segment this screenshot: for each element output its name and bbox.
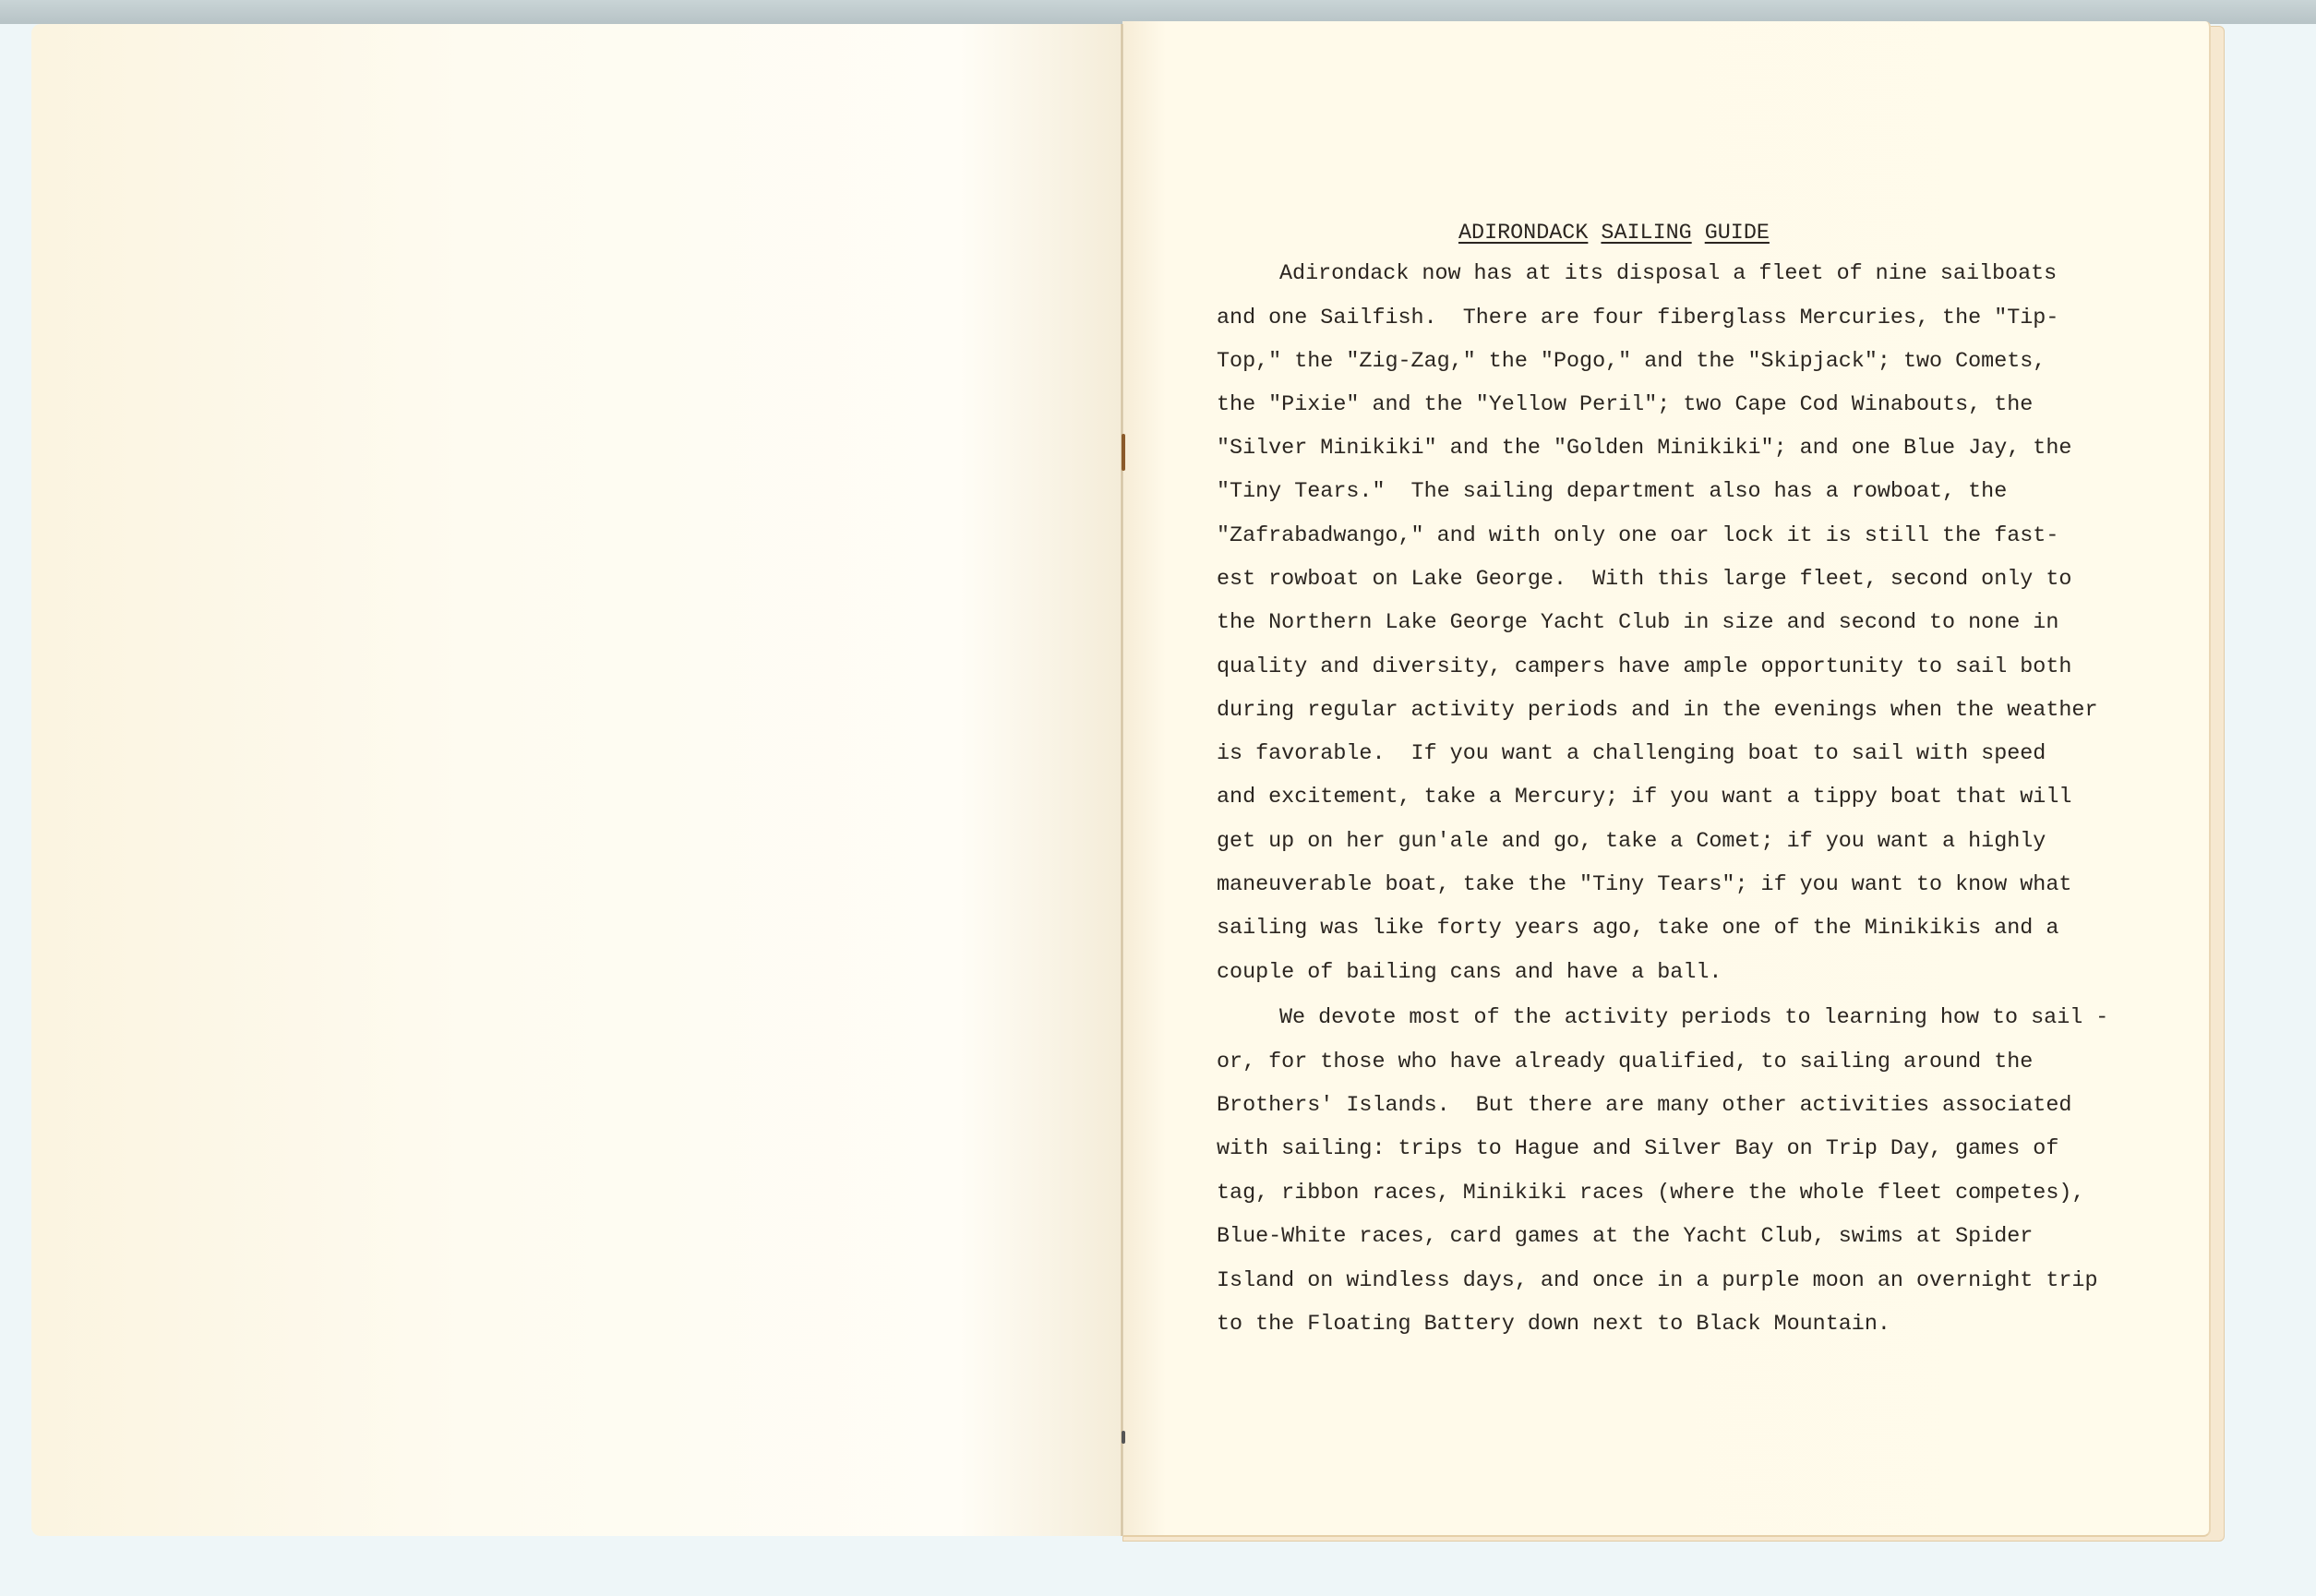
title-word: ADIRONDACK [1458, 222, 1588, 246]
text-line: "Silver Minikiki" and the "Golden Miniki… [1217, 438, 2071, 460]
text-line: "Zafrabadwango," and with only one oar l… [1217, 526, 2058, 547]
title-word: SAILING [1601, 222, 1691, 246]
text-line: We devote most of the activity periods t… [1279, 1008, 2108, 1029]
text-line: "Tiny Tears." The sailing department als… [1217, 482, 2007, 503]
text-line: quality and diversity, campers have ampl… [1217, 657, 2071, 678]
text-line: with sailing: trips to Hague and Silver … [1217, 1139, 2058, 1160]
text-line: Island on windless days, and once in a p… [1217, 1271, 2098, 1292]
book-spine [1121, 24, 1123, 1536]
text-line: Adirondack now has at its disposal a fle… [1279, 264, 2057, 285]
staple-mark [1122, 434, 1125, 471]
text-line: Blue-White races, card games at the Yach… [1217, 1227, 2033, 1248]
text-line: or, for those who have already qualified… [1217, 1052, 2033, 1074]
text-line: tag, ribbon races, Minikiki races (where… [1217, 1183, 2084, 1205]
text-line: to the Floating Battery down next to Bla… [1217, 1314, 1890, 1336]
text-line: and one Sailfish. There are four fibergl… [1217, 308, 2058, 330]
text-line: and excitement, take a Mercury; if you w… [1217, 787, 2071, 809]
text-line: Top," the "Zig-Zag," the "Pogo," and the… [1217, 352, 2046, 373]
text-line: get up on her gun'ale and go, take a Com… [1217, 832, 2046, 853]
right-page [1122, 21, 2211, 1537]
text-line: Brothers' Islands. But there are many ot… [1217, 1096, 2071, 1117]
staple-mark [1122, 1431, 1125, 1444]
text-line: the Northern Lake George Yacht Club in s… [1217, 613, 2058, 634]
text-line: sailing was like forty years ago, take o… [1217, 918, 2058, 940]
left-page-blank [31, 24, 1122, 1536]
text-line: est rowboat on Lake George. With this la… [1217, 570, 2071, 591]
text-line: couple of bailing cans and have a ball. [1217, 963, 1722, 984]
title-word: GUIDE [1705, 222, 1770, 246]
text-line: is favorable. If you want a challenging … [1217, 744, 2046, 765]
text-line: the "Pixie" and the "Yellow Peril"; two … [1217, 395, 2033, 416]
text-line: maneuverable boat, take the "Tiny Tears"… [1217, 875, 2071, 896]
text-line: during regular activity periods and in t… [1217, 701, 2098, 722]
document-title: ADIRONDACK SAILING GUIDE [1458, 222, 1770, 246]
